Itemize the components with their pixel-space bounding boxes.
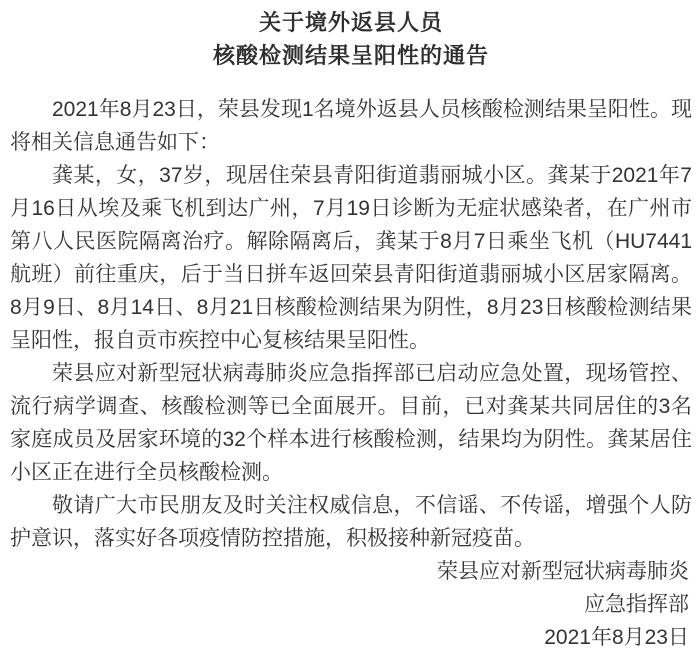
notice-title-line-2: 核酸检测结果呈阳性的通告 xyxy=(10,39,692,72)
notice-paragraph-public-advice: 敬请广大市民朋友及时关注权威信息，不信谣、不传谣，增强个人防护意识，落实好各项疫… xyxy=(10,489,692,555)
signature-date: 2021年8月23日 xyxy=(10,621,692,653)
signature-block: 荣县应对新型冠状病毒肺炎 应急指挥部 2021年8月23日 xyxy=(10,555,692,653)
notice-paragraph-response-measures: 荣县应对新型冠状病毒肺炎应急指挥部已启动应急处置，现场管控、流行病学调查、核酸检… xyxy=(10,357,692,489)
notice-title-line-1: 关于境外返县人员 xyxy=(10,6,692,39)
notice-title: 关于境外返县人员 核酸检测结果呈阳性的通告 xyxy=(10,6,692,72)
notice-paragraph-intro: 2021年8月23日，荣县发现1名境外返县人员核酸检测结果呈阳性。现将相关信息通… xyxy=(10,93,692,159)
signature-issuer-line-1: 荣县应对新型冠状病毒肺炎 xyxy=(10,555,692,588)
notice-document: 关于境外返县人员 核酸检测结果呈阳性的通告 2021年8月23日，荣县发现1名境… xyxy=(0,0,700,653)
notice-body: 2021年8月23日，荣县发现1名境外返县人员核酸检测结果呈阳性。现将相关信息通… xyxy=(10,93,692,555)
signature-issuer-line-2: 应急指挥部 xyxy=(10,588,692,621)
notice-paragraph-case-details: 龚某，女，37岁，现居住荣县青阳街道翡丽城小区。龚某于2021年7月16日从埃及… xyxy=(10,159,692,357)
